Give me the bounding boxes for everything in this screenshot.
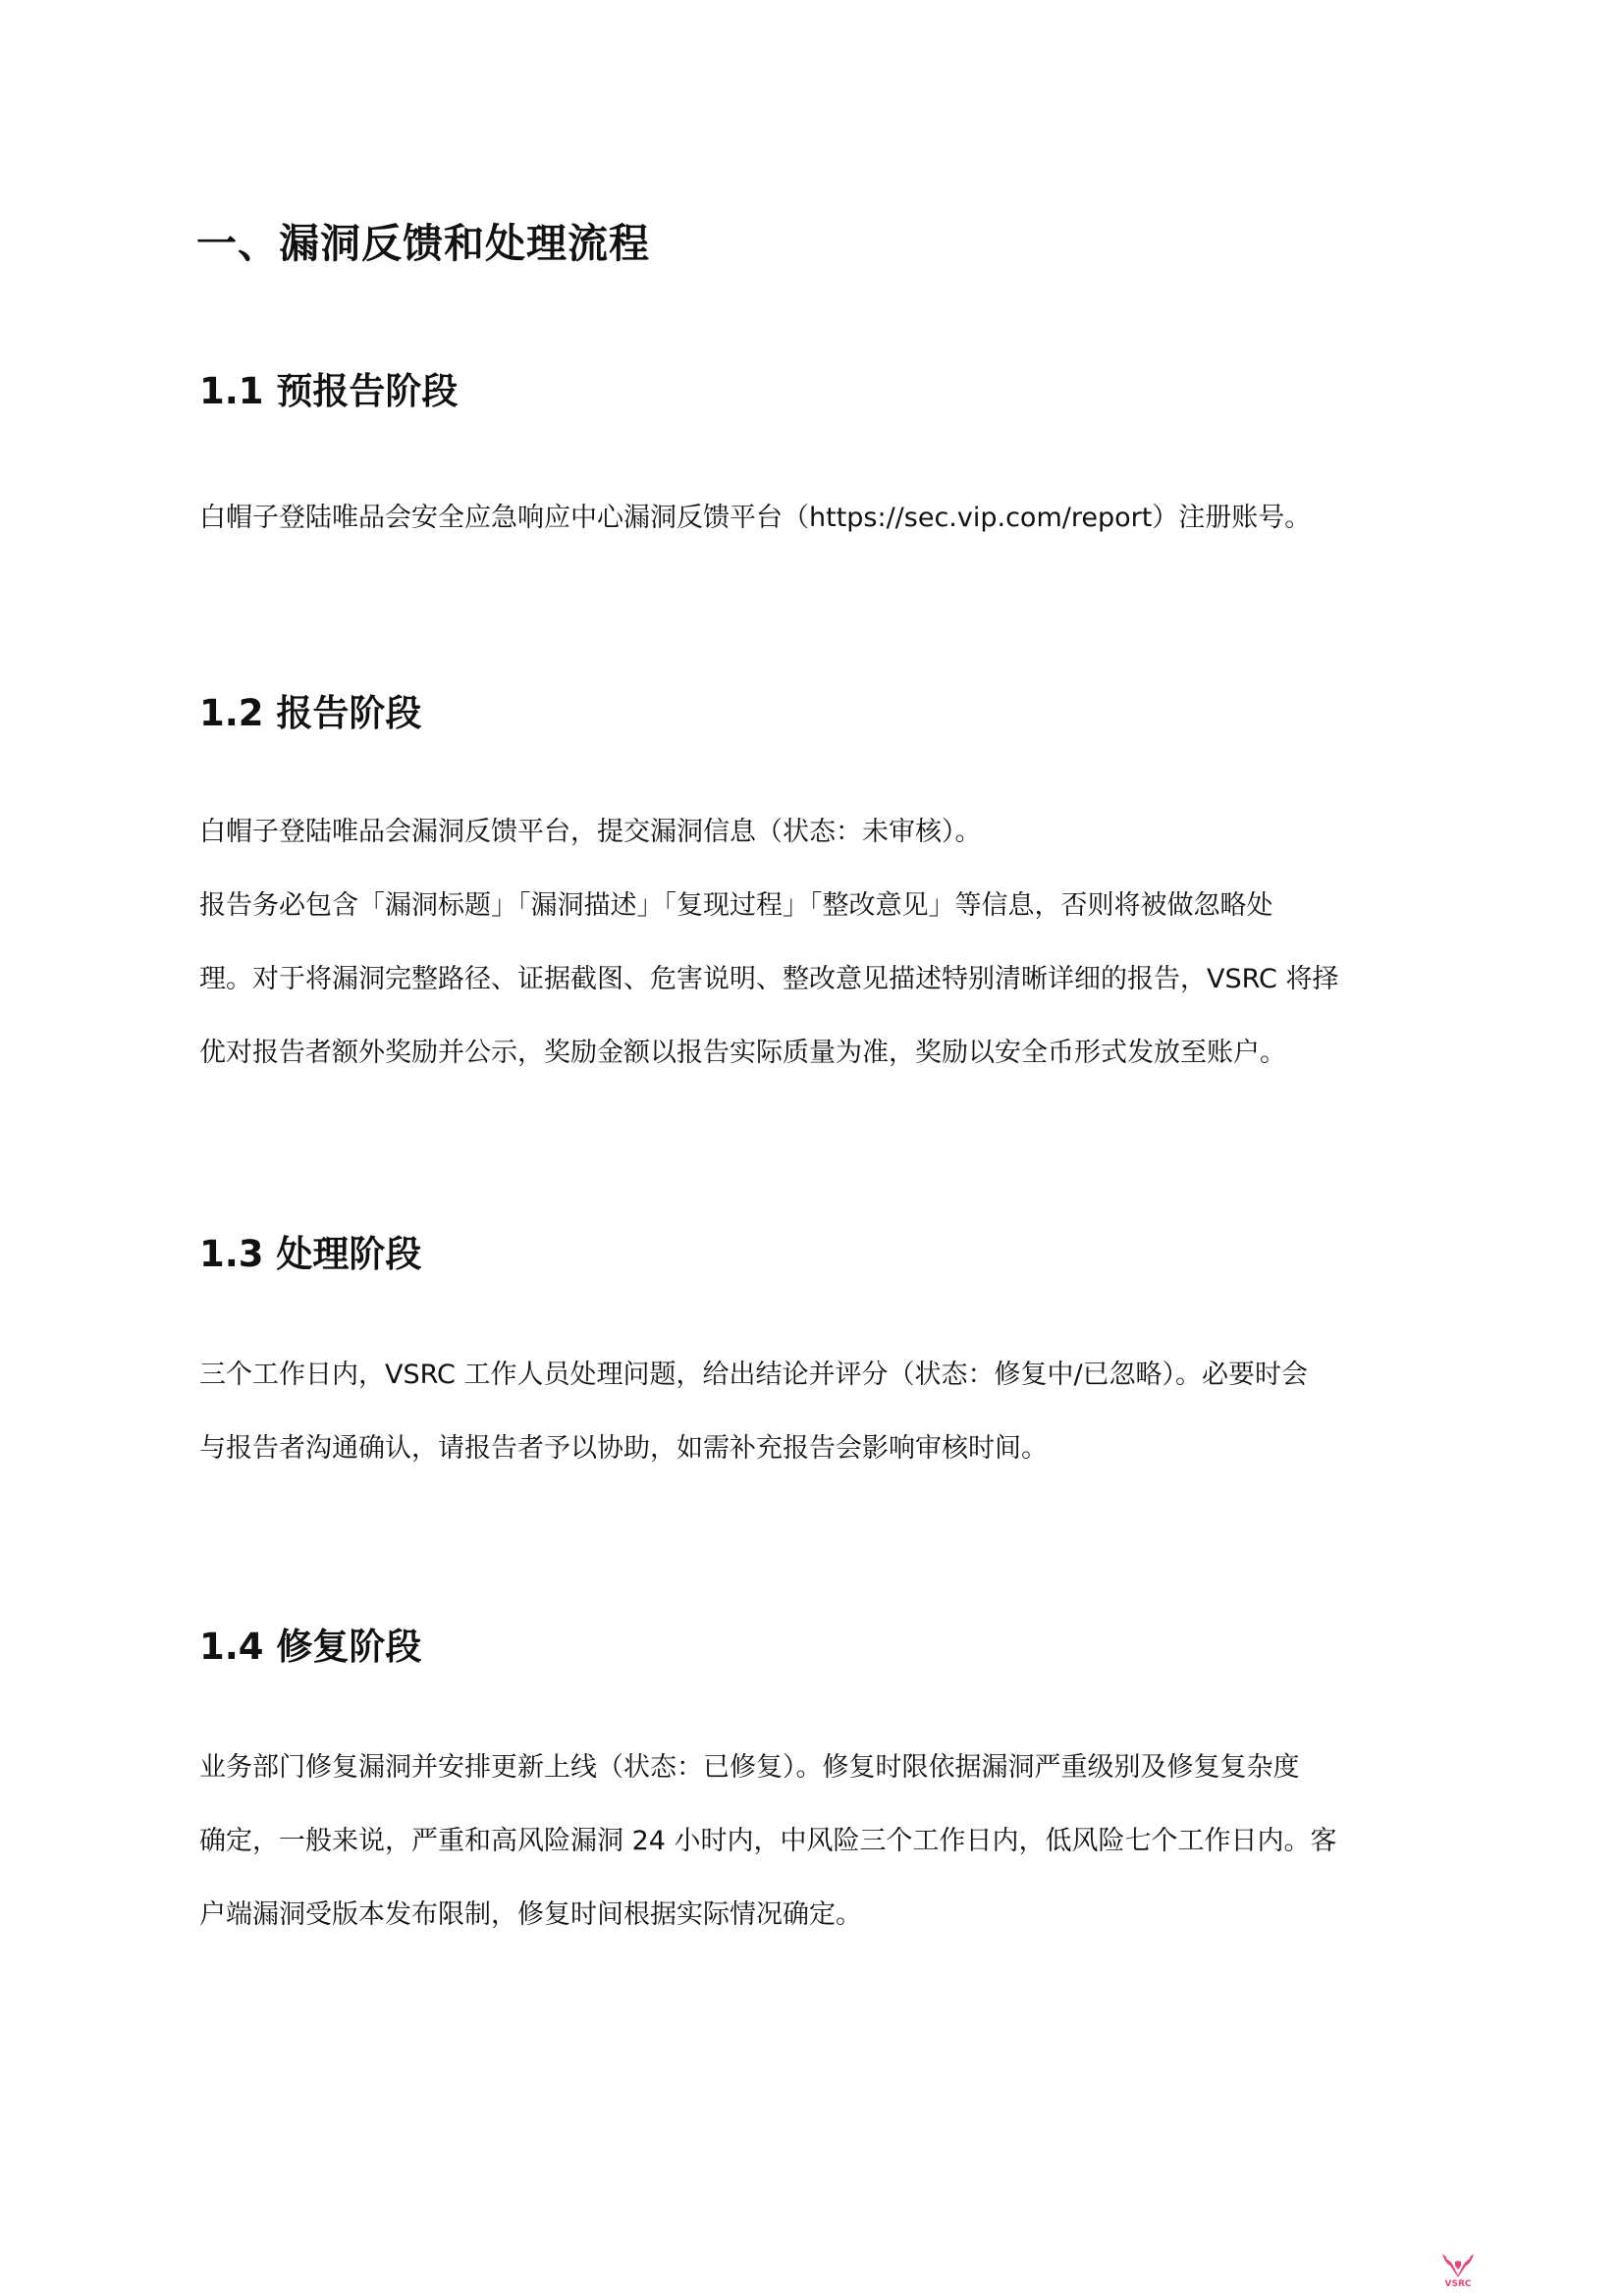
paragraph-line: 白帽子登陆唯品会安全应急响应中心漏洞反馈平台（https://sec.vip.c… — [199, 481, 1441, 555]
document-page: 一、漏洞反馈和处理流程 1.1 预报告阶段 白帽子登陆唯品会安全应急响应中心漏洞… — [0, 0, 1623, 2296]
paragraph-line: 白帽子登陆唯品会漏洞反馈平台，提交漏洞信息（状态：未审核）。 — [199, 795, 1441, 869]
paragraph-line: 业务部门修复漏洞并安排更新上线（状态：已修复）。修复时限依据漏洞严重级别及修复复… — [199, 1731, 1441, 1804]
section-heading-pre-report: 1.1 预报告阶段 — [199, 361, 458, 414]
paragraph-line: 报告务必包含「漏洞标题」「漏洞描述」「复现过程」「整改意见」等信息，否则将被做忽… — [199, 869, 1441, 942]
logo-text: VSRC — [1438, 2279, 1478, 2289]
paragraph-line: 三个工作日内，VSRC 工作人员处理问题，给出结论并评分（状态：修复中/已忽略）… — [199, 1338, 1441, 1412]
section-body-processing: 三个工作日内，VSRC 工作人员处理问题，给出结论并评分（状态：修复中/已忽略）… — [199, 1338, 1441, 1485]
paragraph-line: 优对报告者额外奖励并公示，奖励金额以报告实际质量为准，奖励以安全币形式发放至账户… — [199, 1016, 1441, 1090]
paragraph-line: 理。对于将漏洞完整路径、证据截图、危害说明、整改意见描述特别清晰详细的报告，VS… — [199, 942, 1441, 1016]
section-heading-processing: 1.3 处理阶段 — [199, 1224, 421, 1277]
section-heading-repair: 1.4 修复阶段 — [199, 1617, 421, 1670]
paragraph-line: 与报告者沟通确认，请报告者予以协助，如需补充报告会影响审核时间。 — [199, 1412, 1441, 1485]
vsrc-winged-shield-icon — [1438, 2250, 1478, 2279]
vsrc-logo: VSRC — [1438, 2250, 1478, 2291]
section-body-report: 白帽子登陆唯品会漏洞反馈平台，提交漏洞信息（状态：未审核）。 报告务必包含「漏洞… — [199, 795, 1441, 1090]
section-heading-report: 1.2 报告阶段 — [199, 683, 421, 736]
paragraph-line: 确定，一般来说，严重和高风险漏洞 24 小时内，中风险三个工作日内，低风险七个工… — [199, 1804, 1441, 1878]
page-title: 一、漏洞反馈和处理流程 — [196, 211, 650, 269]
paragraph-line: 户端漏洞受版本发布限制，修复时间根据实际情况确定。 — [199, 1878, 1441, 1951]
section-body-pre-report: 白帽子登陆唯品会安全应急响应中心漏洞反馈平台（https://sec.vip.c… — [199, 481, 1441, 555]
section-body-repair: 业务部门修复漏洞并安排更新上线（状态：已修复）。修复时限依据漏洞严重级别及修复复… — [199, 1731, 1441, 1951]
